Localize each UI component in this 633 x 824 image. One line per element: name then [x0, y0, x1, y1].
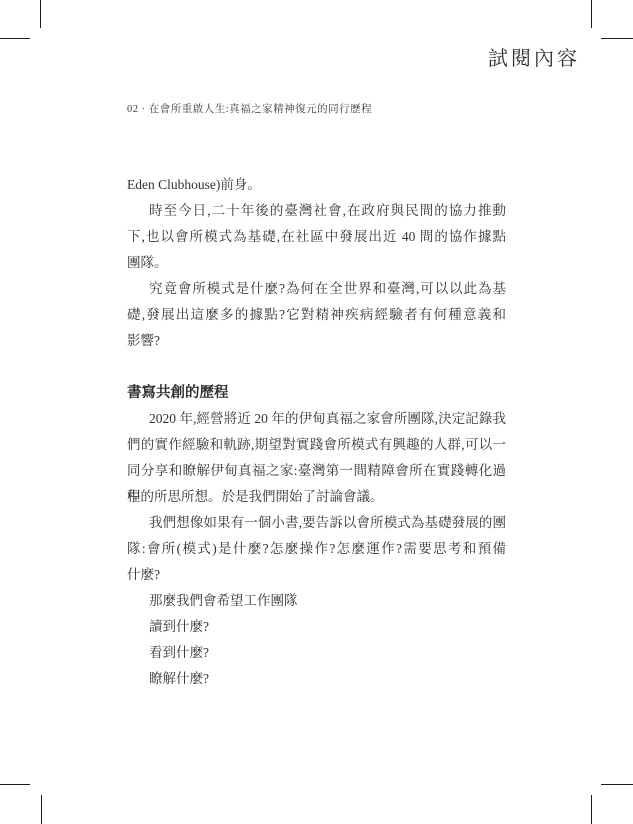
text-line: 同分享和瞭解伊甸真福之家:臺灣第一間精障會所在實踐轉化過程: [127, 458, 506, 484]
crop-mark-bottom-left-horizontal: [0, 784, 30, 785]
text-line: 影響?: [127, 328, 506, 354]
blank-line: [127, 354, 506, 380]
text-line: 中的所思所想。於是我們開始了討論會議。: [127, 484, 506, 510]
text-line: 什麼?: [127, 562, 506, 588]
section-heading: 書寫共創的歷程: [127, 380, 506, 406]
crop-mark-top-right-vertical: [591, 0, 592, 28]
text-line: 時至今日,二十年後的臺灣社會,在政府與民間的協力推動: [127, 198, 506, 224]
text-line: 讀到什麼?: [127, 614, 506, 640]
text-line: 們的實作經驗和軌跡,期望對實踐會所模式有興趣的人群,可以一: [127, 432, 506, 458]
text-line: Eden Clubhouse)前身。: [127, 172, 506, 198]
text-line: 瞭解什麼?: [127, 666, 506, 692]
preview-watermark: 試閱內容: [488, 42, 580, 71]
crop-mark-bottom-right-horizontal: [601, 784, 633, 785]
crop-mark-top-right-horizontal: [601, 38, 633, 39]
text-line: 我們想像如果有一個小書,要告訴以會所模式為基礎發展的團: [127, 510, 506, 536]
running-header: 02 · 在會所重啟人生:真福之家精神復元的同行歷程: [127, 101, 372, 116]
text-line: 團隊。: [127, 250, 506, 276]
text-line: 礎,發展出這麼多的據點?它對精神疾病經驗者有何種意義和: [127, 302, 506, 328]
text-line: 下,也以會所模式為基礎,在社區中發展出近 40 間的協作據點: [127, 224, 506, 250]
text-line: 究竟會所模式是什麼?為何在全世界和臺灣,可以以此為基: [127, 276, 506, 302]
text-line: 那麼我們會希望工作團隊: [127, 588, 506, 614]
crop-mark-bottom-left-vertical: [41, 795, 42, 824]
text-line: 看到什麼?: [127, 640, 506, 666]
crop-mark-top-left-vertical: [40, 0, 41, 28]
text-block: Eden Clubhouse)前身。時至今日,二十年後的臺灣社會,在政府與民間的…: [127, 172, 506, 692]
text-line: 2020 年,經營將近 20 年的伊甸真福之家會所團隊,決定記錄我: [127, 406, 506, 432]
book-preview-page: 試閱內容 02 · 在會所重啟人生:真福之家精神復元的同行歷程 Eden Clu…: [0, 0, 633, 824]
text-line: 隊:會所(模式)是什麼?怎麼操作?怎麼運作?需要思考和預備: [127, 536, 506, 562]
crop-mark-top-left-horizontal: [0, 38, 30, 39]
crop-mark-bottom-right-vertical: [591, 795, 592, 824]
